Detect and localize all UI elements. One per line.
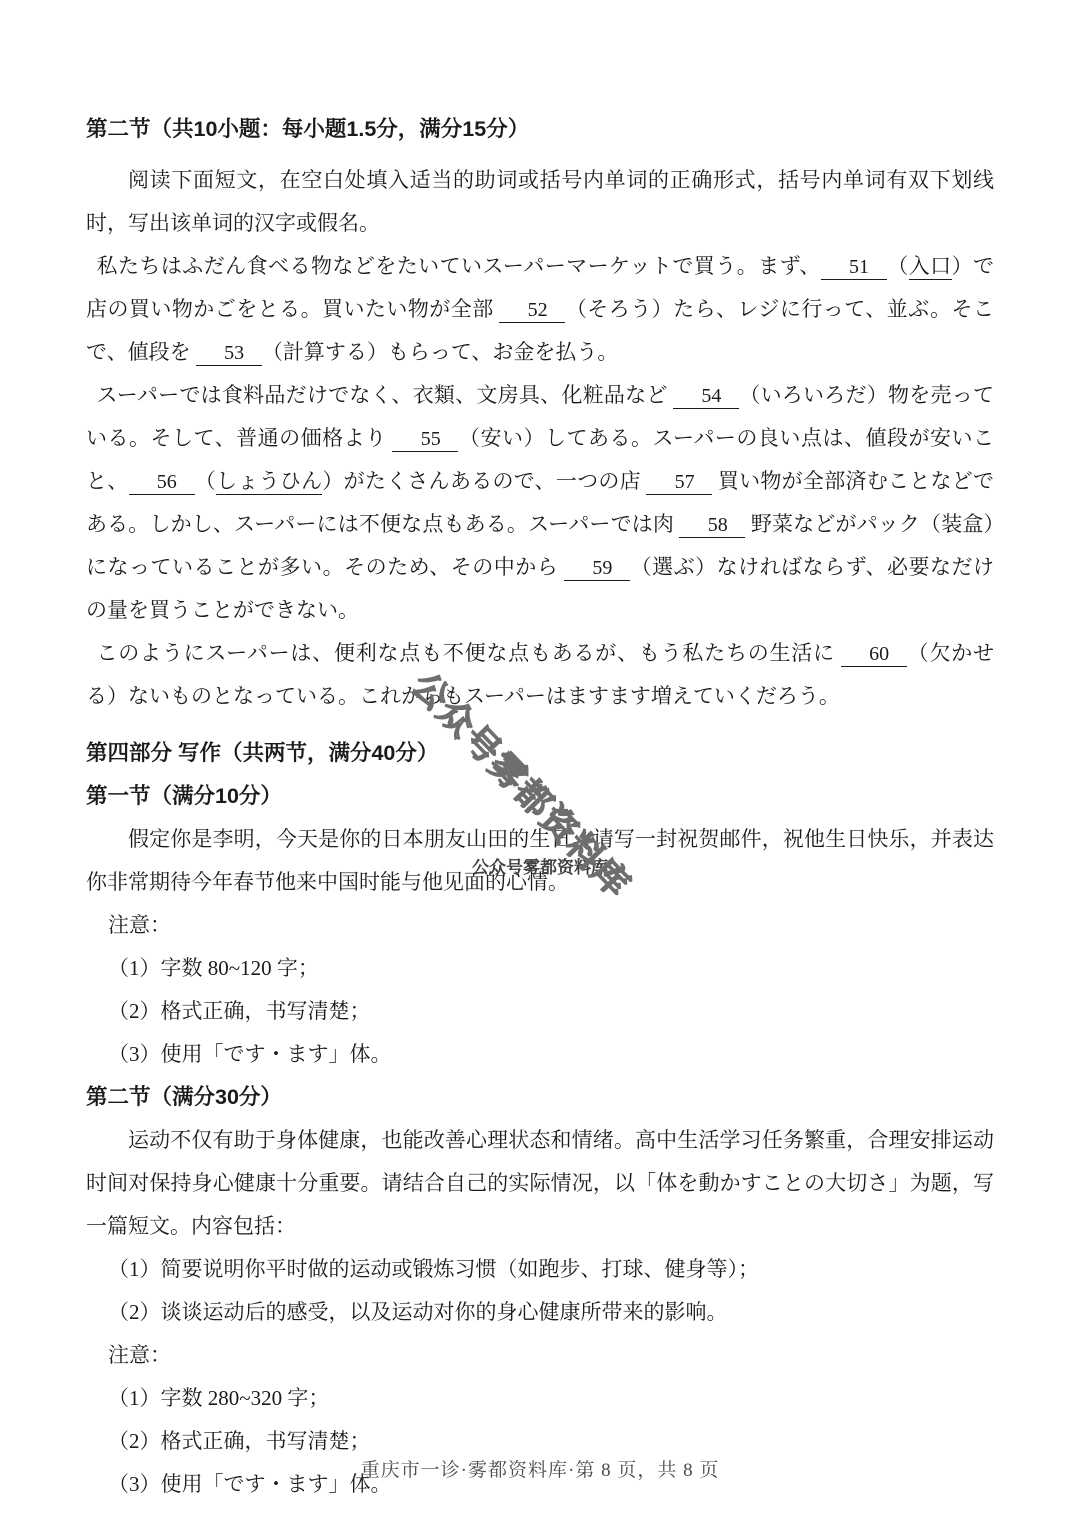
blank-57: 57 <box>646 471 712 495</box>
blank-52: 52 <box>499 299 565 323</box>
section2-point-1: （1）简要说明你平时做的运动或锻炼习惯（如跑步、打球、健身等）； <box>86 1248 994 1291</box>
underlined-word: 入口 <box>909 254 952 280</box>
grammar-section-heading: 第二节（共10小题：每小题1.5分，满分15分） <box>86 108 994 151</box>
passage: 私たちはふだん食べる物などをたいていスーパーマーケットで買う。まず、51（入口）… <box>86 245 994 718</box>
part4-heading: 第四部分 写作（共两节，满分40分） <box>86 732 994 775</box>
underlined-word: しょうひん <box>216 469 322 495</box>
section1-note-2: （2）格式正确，书写清楚； <box>86 990 994 1033</box>
blank-55: 55 <box>392 428 458 452</box>
blank-58: 58 <box>679 514 745 538</box>
horizontal-watermark: 公众号雾都资料库 <box>472 853 608 878</box>
blank-56: 56 <box>129 471 195 495</box>
section2-point-2: （2）谈谈运动后的感受，以及运动对你的身心健康所带来的影响。 <box>86 1291 994 1334</box>
section2-notes-label: 注意： <box>86 1334 994 1377</box>
writing-section1-heading: 第一节（满分10分） <box>86 775 994 818</box>
writing-section2-heading: 第二节（满分30分） <box>86 1076 994 1119</box>
section2-note-1: （1）字数 280~320 字； <box>86 1377 994 1420</box>
blank-51: 51 <box>821 256 887 280</box>
grammar-instructions: 阅读下面短文，在空白处填入适当的助词或括号内单词的正确形式，括号内单词有双下划线… <box>86 159 994 245</box>
passage-paragraph: スーパーでは食料品だけでなく、衣類、文房具、化粧品など 54（いろいろだ）物を売… <box>86 374 994 632</box>
section1-note-3: （3）使用「です・ます」体。 <box>86 1033 994 1076</box>
page-footer: 重庆市一诊·雾都资料库·第 8 页，共 8 页 <box>0 1455 1080 1482</box>
passage-paragraph: このようにスーパーは、便利な点も不便な点もあるが、もう私たちの生活に 60（欠か… <box>86 632 994 718</box>
blank-59: 59 <box>564 557 630 581</box>
section1-note-1: （1）字数 80~120 字； <box>86 947 994 990</box>
blank-54: 54 <box>673 385 739 409</box>
blank-60: 60 <box>841 643 907 667</box>
blank-53: 53 <box>196 342 262 366</box>
section1-notes-label: 注意： <box>86 904 994 947</box>
page-content: 第二节（共10小题：每小题1.5分，满分15分） 阅读下面短文，在空白处填入适当… <box>86 0 994 1506</box>
writing-section2-prompt: 运动不仅有助于身体健康，也能改善心理状态和情绪。高中生活学习任务繁重，合理安排运… <box>86 1119 994 1248</box>
exam-paper-page: 第二节（共10小题：每小题1.5分，满分15分） 阅读下面短文，在空白处填入适当… <box>0 0 1080 1527</box>
passage-paragraph: 私たちはふだん食べる物などをたいていスーパーマーケットで買う。まず、51（入口）… <box>86 245 994 374</box>
